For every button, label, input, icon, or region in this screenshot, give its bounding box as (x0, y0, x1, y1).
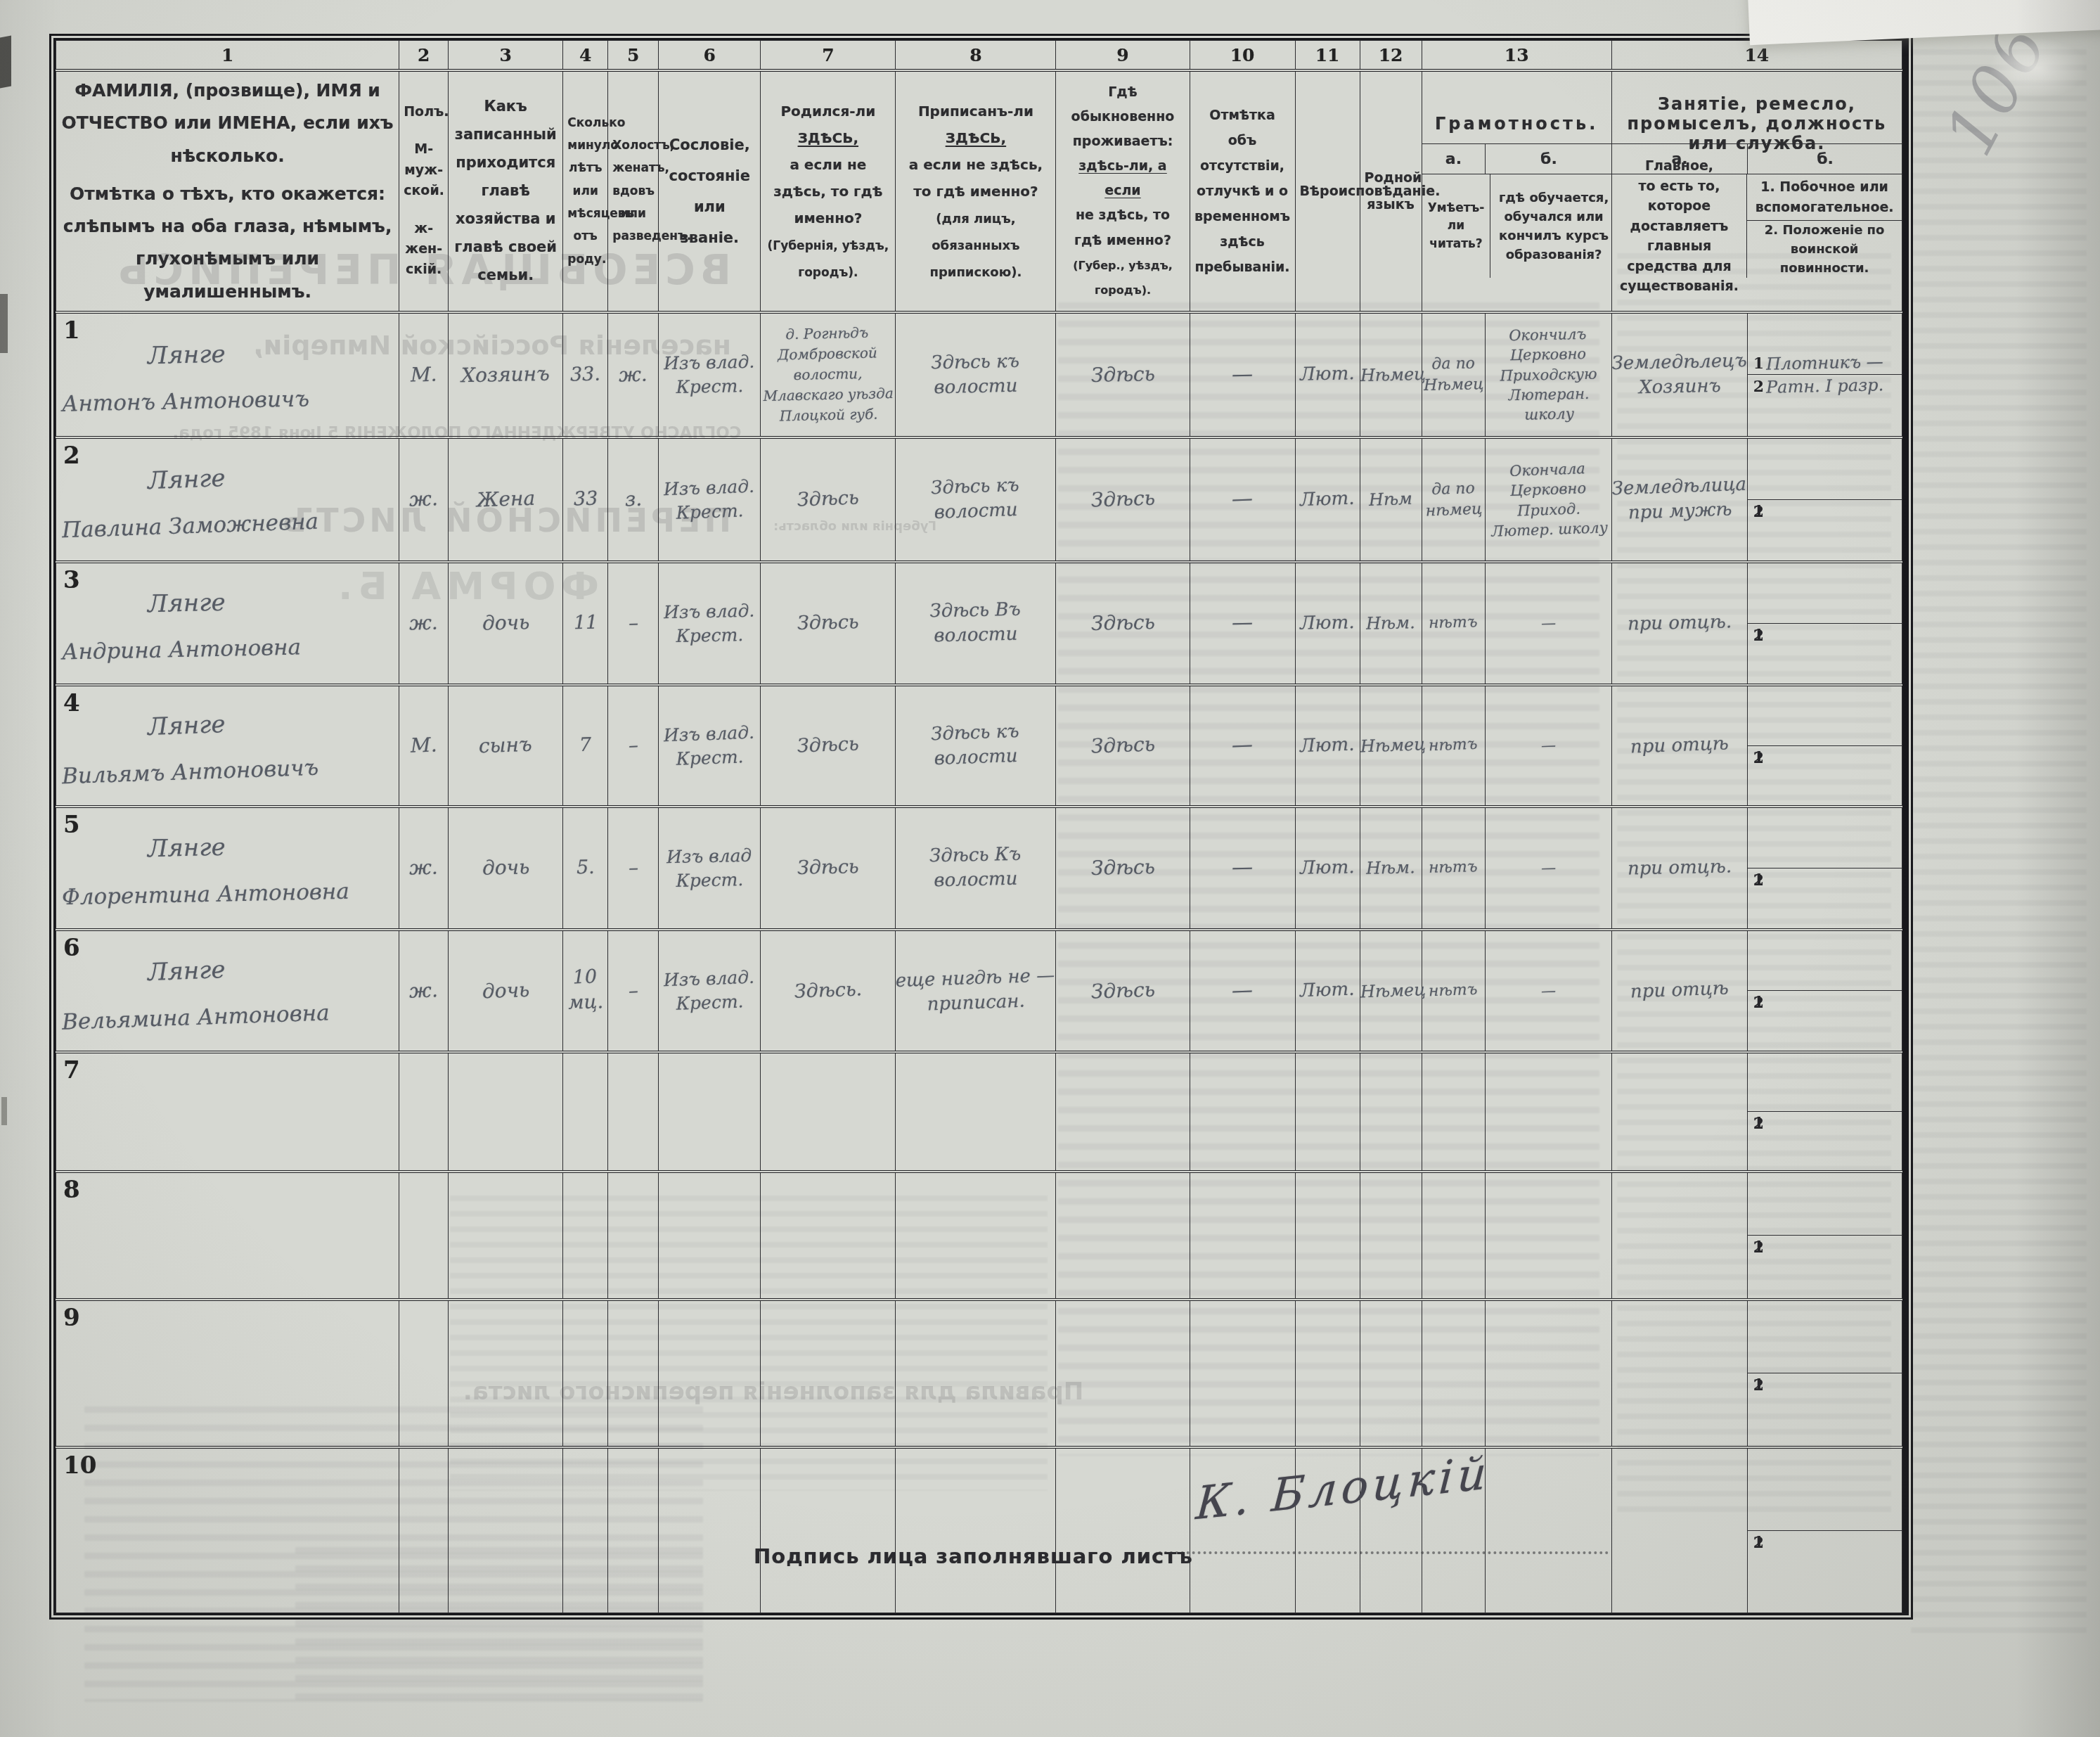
cell-registered: Здѣсь Къ волости (896, 807, 1056, 930)
cell-born: Здѣсь. (761, 930, 896, 1052)
cell-lit_read: да по Нѣмец (1422, 312, 1485, 437)
cell-born: Здѣсь (761, 562, 896, 685)
cell-absence (1190, 1172, 1295, 1300)
cell-relation: дочь (449, 562, 563, 685)
cell-lit_school: — (1485, 562, 1611, 685)
handwritten-entry: нѣтъ (1429, 736, 1478, 755)
cell-registered: Здѣсь къ волости (896, 685, 1056, 807)
header-residence-note: (Губер., уѣздъ, городъ). (1073, 259, 1173, 297)
cell-name: 7 (56, 1052, 399, 1172)
census-rows: 1ЛянгеАнтонъ АнтоновичъМ.Хозяинъ33.ж.Изъ… (56, 312, 1902, 1613)
handwritten-entry: Окончилъ Церковно Приходскую Лютеран. шк… (1500, 326, 1597, 423)
cell-estate (659, 1300, 761, 1447)
cell-absence (1190, 1052, 1295, 1172)
cell-relation (449, 1447, 563, 1613)
column-number: 4 (563, 41, 608, 71)
handwritten-entry: Лют. (1300, 487, 1355, 511)
cell-sex: М. (399, 685, 449, 807)
cell-absence: — (1190, 685, 1295, 807)
header-residence-rest: не здѣсь, то гдѣ именно? (1074, 207, 1171, 248)
cell-residence (1056, 1052, 1190, 1172)
handwritten-entry: М. (410, 733, 437, 757)
column-number: 7 (761, 41, 896, 71)
side-occupation-slot: 1 (1748, 1530, 1902, 1531)
handwritten-entry: Здѣсь (797, 487, 860, 511)
cell-lit_read (1422, 1052, 1485, 1172)
signature-line (1159, 1551, 1609, 1554)
handwritten-entry: Лют. (1300, 363, 1355, 385)
cell-lit_school (1485, 1447, 1611, 1613)
header-residence-column: Гдѣ обыкновенно проживаетъ: здѣсь-ли, а … (1056, 70, 1190, 312)
cell-language: Нѣм. (1360, 562, 1422, 685)
cell-registered: Здѣсь къ волости (896, 312, 1056, 437)
cell-religion: Лют. (1295, 930, 1360, 1052)
cell-estate (659, 1052, 761, 1172)
cell-lit_school: Окончала Церковно Приход. Лютер. школу (1485, 437, 1611, 562)
cell-lit_school: Окончилъ Церковно Приходскую Лютеран. шк… (1485, 312, 1611, 437)
cell-occ_main: при отцѣ (1611, 930, 1747, 1052)
header-row: ФАМИЛІЯ, (прозвище), ИМЯ и ОТЧЕСТВО или … (56, 70, 1902, 312)
cell-absence: — (1190, 437, 1295, 562)
cell-language: Нѣм (1360, 437, 1422, 562)
handwritten-entry: Здѣсь (1090, 855, 1154, 880)
cell-side-occupation: 12 (1747, 685, 1902, 807)
handwritten-entry: Ратн. I разр. (1766, 376, 1884, 397)
cell-born: Здѣсь (761, 685, 896, 807)
cell-marital (608, 1447, 659, 1613)
handwritten-entry: дочь (482, 978, 529, 1003)
handwritten-entry: Андрина Антоновна (62, 635, 302, 665)
header-birthplace-note: (Губернія, уѣздъ, городъ). (768, 239, 889, 280)
header-occupation-b-label: б. (1748, 144, 1902, 174)
handwritten-entry: дочь (482, 611, 529, 635)
handwritten-entry: Лянге (147, 464, 226, 495)
side-occupation-slot: 1 (1748, 990, 1902, 991)
cell-religion: Лют. (1295, 312, 1360, 437)
handwritten-entry: Лют. (1300, 733, 1355, 757)
row-number: 1 (63, 316, 80, 345)
cell-absence: — (1190, 930, 1295, 1052)
header-name-column: ФАМИЛІЯ, (прозвище), ИМЯ и ОТЧЕСТВО или … (56, 70, 399, 312)
printed-sub-marker: 1 (1753, 354, 1764, 373)
cell-relation: Жена (449, 437, 563, 562)
header-marital-column: Холостъ, женатъ, вдовъ или разведенъ. (608, 70, 659, 312)
header-name-line2: Отмѣтка о тѣхъ, кто окажется: слѣпымъ на… (60, 178, 394, 308)
handwritten-entry: Здѣсь (797, 611, 859, 634)
printed-sub-marker: 2 (1753, 871, 1764, 890)
row-number: 6 (63, 934, 80, 962)
handwritten-entry: — (1232, 361, 1254, 387)
cell-lit_read: да по нѣмец (1422, 437, 1485, 562)
cell-language: Нѣмец (1360, 312, 1422, 437)
cell-estate (659, 1172, 761, 1300)
header-birthplace-rest: а если не здѣсь, то гдѣ именно? (773, 156, 882, 226)
column-number: 1 (56, 41, 399, 71)
handwritten-entry: Здѣсь Къ волости (929, 844, 1022, 892)
table-row: 5ЛянгеФлорентина Антоновнаж.дочь5.–Изъ в… (56, 807, 1902, 930)
cell-side-occupation: 12 (1747, 1300, 1902, 1447)
cell-born: Здѣсь (761, 807, 896, 930)
row-number: 8 (63, 1176, 80, 1204)
side-occupation-slot: 1 (1748, 499, 1902, 500)
handwritten-entry: Нѣм (1369, 489, 1413, 510)
header-registration-emph: ЗДѢСЬ, (946, 129, 1006, 146)
handwritten-entry: – (628, 611, 638, 634)
printed-sub-marker: 2 (1753, 503, 1764, 521)
header-occupation-main: Главное, то есть то, которое доставляетъ… (1612, 174, 1748, 278)
scan-artifact (0, 36, 11, 89)
cell-lit_read: нѣтъ (1422, 685, 1485, 807)
handwritten-entry: — (1540, 859, 1555, 876)
cell-sex (399, 1172, 449, 1300)
cell-marital: з. (608, 437, 659, 562)
handwritten-entry: Нѣмец (1360, 364, 1426, 385)
handwritten-entry: — (1231, 732, 1253, 757)
cell-name: 5ЛянгеФлорентина Антоновна (56, 807, 399, 930)
cell-estate: Изъ влад Крест. (659, 807, 761, 930)
handwritten-entry: Здѣсь Въ волости (930, 599, 1022, 647)
row-number: 10 (63, 1451, 96, 1480)
handwritten-entry: ж. (409, 978, 439, 1002)
header-sex-male: М-муж-ской. (404, 139, 444, 201)
header-religion-column: Вѣроисповѣданіе. (1295, 70, 1360, 312)
cell-registered (896, 1172, 1056, 1300)
cell-born (761, 1300, 896, 1447)
printed-sub-marker: 2 (1753, 994, 1764, 1012)
cell-sex: ж. (399, 437, 449, 562)
handwritten-entry: Изъ влад. Крест. (664, 475, 755, 523)
cell-occ_main: при отцѣ. (1611, 562, 1747, 685)
header-absence-column: Отмѣтка объ отсутствіи, отлучкѣ и о врем… (1190, 70, 1295, 312)
header-occupation-side: 1. Побочное или вспомогательное. (1747, 174, 1902, 221)
header-name-line1: ФАМИЛІЯ, (прозвище), ИМЯ и ОТЧЕСТВО или … (60, 75, 394, 172)
cell-name: 3ЛянгеАндрина Антоновна (56, 562, 399, 685)
handwritten-entry: нѣтъ (1429, 859, 1478, 877)
header-literacy-school: гдѣ обучается, обучался или кончилъ курс… (1490, 174, 1616, 278)
handwritten-entry: Нѣм. (1366, 613, 1415, 633)
side-occupation-slot: 1 (1748, 623, 1902, 624)
table-row: 4ЛянгеВильямъ АнтоновичъМ.сынъ7–Изъ влад… (56, 685, 1902, 807)
cell-age: 11 (563, 562, 608, 685)
handwritten-entry: Нѣмец (1360, 734, 1426, 756)
cell-language (1360, 1052, 1422, 1172)
printed-sub-marker: 2 (1753, 378, 1764, 396)
printed-sub-marker: 2 (1753, 749, 1764, 767)
cell-absence: — (1190, 562, 1295, 685)
handwritten-entry: Изъ влад. Крест. (664, 967, 755, 1014)
cell-estate: Изъ влад. Крест. (659, 930, 761, 1052)
cell-marital (608, 1052, 659, 1172)
cell-lit_school (1485, 1300, 1611, 1447)
header-literacy-read: Умѣетъ-ли читать? (1422, 174, 1491, 278)
cell-occ_main: при отцѣ (1611, 685, 1747, 807)
cell-relation (449, 1052, 563, 1172)
header-sex-female: ж-жен-скій. (404, 219, 444, 281)
cell-registered (896, 1447, 1056, 1613)
handwritten-entry: 7 (579, 734, 592, 757)
cell-age: 33. (563, 312, 608, 437)
cell-religion: Лют. (1295, 437, 1360, 562)
cell-sex: ж. (399, 930, 449, 1052)
cell-absence (1190, 1300, 1295, 1447)
cell-absence: — (1190, 312, 1295, 437)
header-occupation-group: Занятіе, ремесло, промыселъ, должность и… (1611, 70, 1902, 312)
handwritten-entry: — (1232, 855, 1254, 880)
handwritten-entry: Вельямина Антоновна (61, 1000, 330, 1034)
header-birthplace-emph: ЗДѢСЬ, (798, 129, 858, 146)
cell-occ_main: при отцѣ. (1611, 807, 1747, 930)
table-row: 912 (56, 1300, 1902, 1447)
cell-estate: Изъ влад. Крест. (659, 437, 761, 562)
cell-age (563, 1172, 608, 1300)
cell-registered (896, 1300, 1056, 1447)
column-number: 13 (1422, 41, 1611, 71)
cell-occ_main (1611, 1172, 1747, 1300)
handwritten-entry: еще нигдѣ не — приписан. (896, 965, 1055, 1015)
handwritten-entry: Лянге (147, 710, 226, 741)
row-number: 4 (63, 689, 80, 717)
handwritten-entry: 33 (573, 487, 598, 510)
handwritten-entry: Нѣм. (1366, 857, 1415, 878)
cell-born (761, 1172, 896, 1300)
handwritten-entry: Изъ влад. Крест. (664, 600, 755, 646)
cell-occ_main: Земледѣлецъ Хозяинъ (1611, 312, 1747, 437)
handwritten-entry: ж. (409, 487, 439, 511)
handwritten-entry: при отцѣ (1630, 733, 1729, 757)
cell-name: 1ЛянгеАнтонъ Антоновичъ (56, 312, 399, 437)
handwritten-entry: Жена (476, 487, 535, 512)
header-occupation-title: Занятіе, ремесло, промыселъ, должность и… (1612, 104, 1902, 144)
table-row: 6ЛянгеВельямина Антоновнаж.дочь10 мц.–Из… (56, 930, 1902, 1052)
cell-language (1360, 1172, 1422, 1300)
handwritten-entry: Лют. (1300, 612, 1355, 634)
handwritten-entry: Антонъ Антоновичъ (62, 386, 310, 416)
table-row: 2ЛянгеПавлина Заможневнаж.Жена33з.Изъ вл… (56, 437, 1902, 562)
cell-lit_school: — (1485, 685, 1611, 807)
handwritten-entry: Нѣмец (1360, 980, 1426, 1001)
cell-age: 7 (563, 685, 608, 807)
handwritten-entry: Здѣсь (1090, 733, 1155, 758)
cell-age (563, 1052, 608, 1172)
cell-lit_read (1422, 1172, 1485, 1300)
military-status-slot: 2Ратн. I разр. (1748, 375, 1902, 397)
handwritten-entry: – (628, 856, 638, 879)
cell-relation: дочь (449, 930, 563, 1052)
handwritten-entry: — (1231, 978, 1253, 1003)
handwritten-entry: Флорентина Антоновна (62, 879, 350, 911)
handwritten-entry: Земледѣлица при мужѣ (1611, 474, 1746, 524)
cell-side-occupation: 12 (1747, 930, 1902, 1052)
handwritten-entry: 33. (570, 363, 601, 385)
cell-side-occupation: 12 (1747, 807, 1902, 930)
cell-language (1360, 1300, 1422, 1447)
handwritten-entry: — (1540, 737, 1556, 755)
header-birthplace-pre: Родился-ли (780, 103, 875, 120)
handwritten-entry: Земледѣлецъ Хозяинъ (1611, 350, 1747, 398)
handwritten-entry: — (1540, 615, 1555, 632)
signature-label: Подпись лица заполнявшаго листъ (754, 1544, 1193, 1568)
handwritten-entry: Здѣсь къ волости (931, 475, 1019, 523)
handwritten-entry: Здѣсь (1090, 978, 1155, 1003)
cell-language: Нѣмец (1360, 930, 1422, 1052)
table-row: 712 (56, 1052, 1902, 1172)
cell-relation (449, 1300, 563, 1447)
row-number: 7 (63, 1056, 80, 1084)
cell-sex: М. (399, 312, 449, 437)
cell-name: 10 (56, 1447, 399, 1613)
cell-religion: Лют. (1295, 807, 1360, 930)
handwritten-entry: — (1540, 982, 1556, 999)
cell-registered: еще нигдѣ не — приписан. (896, 930, 1056, 1052)
row-number: 9 (63, 1304, 80, 1332)
header-residence-emph: здѣсь-ли, а если (1078, 158, 1166, 198)
header-occupation-main-rest: то есть то, которое доставляетъ главныя … (1618, 177, 1741, 297)
handwritten-entry: нѣтъ (1429, 614, 1478, 632)
header-registration-rest: а если не здѣсь, то гдѣ именно? (909, 156, 1043, 200)
cell-side-occupation: 12 (1747, 562, 1902, 685)
cell-residence (1056, 1300, 1190, 1447)
header-language-column: Родной языкъ (1360, 70, 1422, 312)
handwritten-entry: при отцѣ (1630, 978, 1729, 1003)
handwritten-entry: Изъ влад. Крест. (664, 722, 755, 769)
row-number: 3 (63, 566, 80, 594)
printed-sub-marker: 2 (1753, 1238, 1764, 1257)
cell-religion (1295, 1052, 1360, 1172)
handwritten-entry: Изъ влад. Крест. (664, 352, 755, 397)
handwritten-entry: при отцѣ. (1627, 856, 1732, 879)
cell-relation: Хозяинъ (449, 312, 563, 437)
header-registration-column: Приписанъ-ли ЗДѢСЬ, а если не здѣсь, то … (896, 70, 1056, 312)
cell-age: 33 (563, 437, 608, 562)
cell-estate: Изъ влад. Крест. (659, 685, 761, 807)
cell-relation: сынъ (449, 685, 563, 807)
cell-born: д. Рогнѣдъ Домбровской волости, Млавскаг… (761, 312, 896, 437)
cell-name: 8 (56, 1172, 399, 1300)
column-number: 14 (1611, 41, 1902, 71)
cell-occ_main (1611, 1447, 1747, 1613)
cell-marital: – (608, 685, 659, 807)
column-number: 9 (1056, 41, 1190, 71)
handwritten-entry: Здѣсь къ волости (931, 350, 1019, 398)
printed-sub-marker: 2 (1753, 1115, 1764, 1133)
handwritten-entry: М. (411, 362, 437, 386)
cell-side-occupation: 12 (1747, 1052, 1902, 1172)
handwritten-entry: з. (624, 487, 642, 511)
handwritten-entry: Лют. (1300, 979, 1355, 1002)
cell-residence (1056, 1172, 1190, 1300)
header-registration-note: (для лицъ, обязанныхъ припискою). (930, 212, 1022, 280)
cell-age (563, 1300, 608, 1447)
cell-residence: Здѣсь (1056, 685, 1190, 807)
cell-language: Нѣм. (1360, 807, 1422, 930)
column-number: 10 (1190, 41, 1295, 71)
header-literacy-a-label: а. (1422, 144, 1486, 174)
cell-absence: — (1190, 807, 1295, 930)
cell-registered: Здѣсь къ волости (896, 437, 1056, 562)
cell-lit_school (1485, 1052, 1611, 1172)
cell-name: 9 (56, 1300, 399, 1447)
handwritten-entry: нѣтъ (1429, 981, 1478, 1000)
cell-religion: Лют. (1295, 562, 1360, 685)
cell-relation: дочь (449, 807, 563, 930)
cell-born: Здѣсь (761, 437, 896, 562)
cell-lit_read: нѣтъ (1422, 562, 1485, 685)
handwritten-entry: – (628, 979, 638, 1002)
handwritten-entry: Окончала Церковно Приход. Лютер. школу (1490, 460, 1608, 540)
handwritten-entry: Здѣсь (797, 856, 859, 879)
cell-religion: Лют. (1295, 685, 1360, 807)
cell-estate: Изъ влад. Крест. (659, 312, 761, 437)
handwritten-entry: Здѣсь (1090, 487, 1155, 512)
side-occupation-slot: 1Плотникъ — (1748, 352, 1902, 375)
printed-sub-marker: 2 (1753, 1376, 1764, 1395)
cell-lit_school: — (1485, 930, 1611, 1052)
cell-sex (399, 1447, 449, 1613)
cell-residence: Здѣсь (1056, 930, 1190, 1052)
column-number: 6 (659, 41, 761, 71)
handwritten-entry: – (628, 733, 638, 757)
handwritten-entry: Хозяинъ (461, 362, 550, 387)
side-occupation-slot: 1 (1748, 1111, 1902, 1112)
table-row: 812 (56, 1172, 1902, 1300)
handwritten-entry: Лянге (148, 589, 226, 618)
column-numbers-row: 1 2 3 4 5 6 7 8 9 10 11 12 13 14 (56, 41, 1902, 71)
handwritten-entry: да по Нѣмец (1424, 354, 1484, 394)
cell-religion (1295, 1300, 1360, 1447)
cell-language: Нѣмец (1360, 685, 1422, 807)
cell-estate: Изъ влад. Крест. (659, 562, 761, 685)
handwritten-entry: Вильямъ Антоновичъ (61, 755, 318, 790)
header-sex-column: Полъ. М-муж-ской. ж-жен-скій. (399, 70, 449, 312)
printed-sub-marker: 2 (1753, 1534, 1764, 1552)
handwritten-entry: Плотникъ — (1766, 352, 1883, 373)
handwritten-entry: ж. (409, 856, 438, 880)
header-literacy-title: Грамотность. (1422, 104, 1611, 144)
cell-name: 4ЛянгеВильямъ Антоновичъ (56, 685, 399, 807)
handwritten-entry: д. Рогнѣдъ Домбровской волости, Млавскаг… (764, 324, 894, 425)
cell-occ_main (1611, 1300, 1747, 1447)
handwritten-entry: ж. (619, 362, 648, 386)
handwritten-entry: — (1231, 486, 1253, 511)
cell-residence: Здѣсь (1056, 437, 1190, 562)
handwritten-entry: Лянге (147, 956, 226, 987)
cell-side-occupation: 12 (1747, 1172, 1902, 1300)
cell-sex: ж. (399, 807, 449, 930)
cell-registered: Здѣсь Въ волости (896, 562, 1056, 685)
handwritten-entry: 5. (576, 857, 595, 879)
header-residence-line1: Гдѣ обыкновенно проживаетъ: (1071, 84, 1175, 149)
handwritten-entry: 11 (573, 612, 598, 634)
cell-marital: – (608, 807, 659, 930)
cell-sex (399, 1300, 449, 1447)
cell-marital (608, 1300, 659, 1447)
cell-estate (659, 1447, 761, 1613)
handwritten-entry: Изъ влад Крест. (666, 845, 752, 890)
cell-relation (449, 1172, 563, 1300)
header-literacy-group: Грамотность. а. б. Умѣетъ-ли читать? гдѣ… (1422, 70, 1611, 312)
scan-artifact (1, 1097, 7, 1125)
cell-side-occupation: 1Плотникъ —2Ратн. I разр. (1747, 312, 1902, 437)
cell-residence: Здѣсь (1056, 562, 1190, 685)
side-occupation-slot: 1 (1748, 745, 1902, 746)
cell-name: 2ЛянгеПавлина Заможневна (56, 437, 399, 562)
column-number: 12 (1360, 41, 1422, 71)
handwritten-entry: Лянге (148, 340, 226, 370)
handwritten-entry: сынъ (479, 733, 533, 758)
handwritten-entry: Здѣсь (1090, 610, 1154, 635)
column-number: 2 (399, 41, 449, 71)
cell-lit_read (1422, 1300, 1485, 1447)
